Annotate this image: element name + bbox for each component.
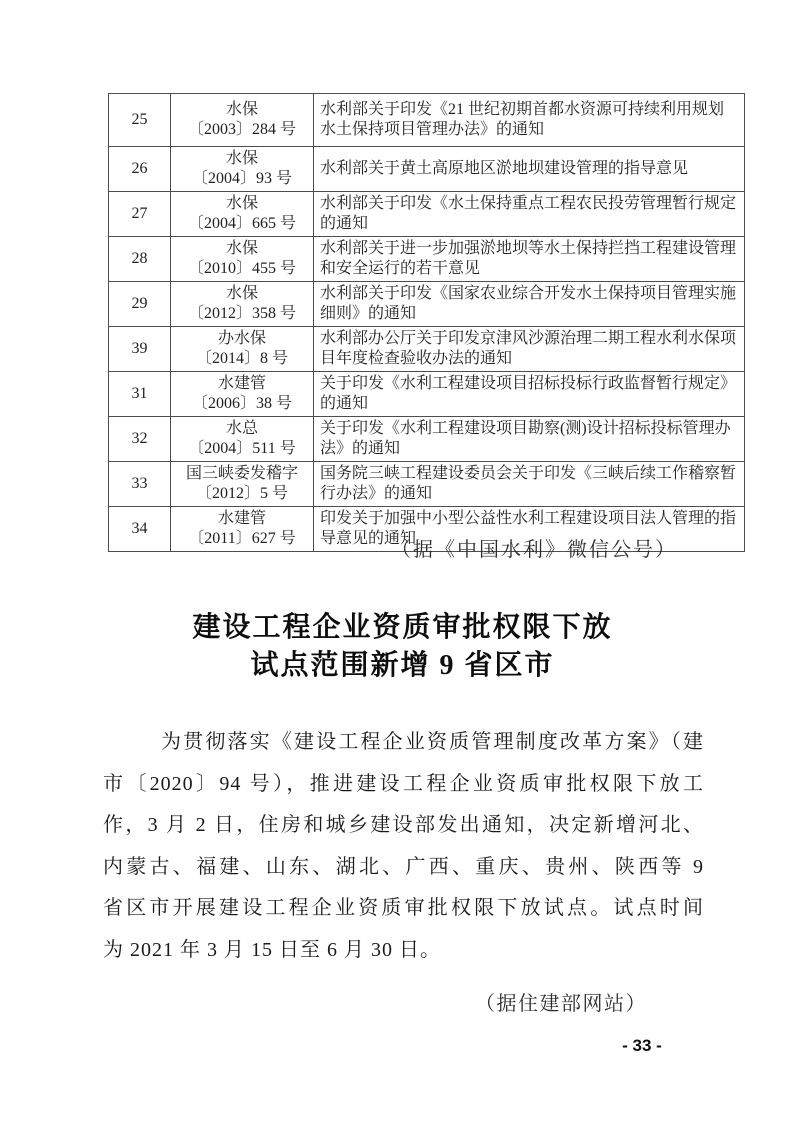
paragraph-line: 省区市开展建设工程企业资质审批权限下放试点。试点时间 [103, 888, 704, 930]
paragraph-line: 为 2021 年 3 月 15 日至 6 月 30 日。 [103, 930, 704, 972]
doc-number: 〔2004〕665 号 [177, 214, 307, 234]
row-seq: 27 [109, 192, 171, 237]
table-row: 27 水保 〔2004〕665 号 水利部关于印发《水土保持重点工程农民投劳管理… [109, 192, 745, 237]
doc-agency: 水保 [177, 194, 307, 214]
row-doc-no: 水保 〔2004〕93 号 [171, 147, 314, 192]
doc-agency: 水总 [177, 419, 307, 439]
row-title: 水利部关于印发《国家农业综合开发水土保持项目管理实施细则》的通知 [314, 282, 745, 327]
doc-agency: 水保 [177, 149, 307, 169]
row-seq: 32 [109, 417, 171, 462]
article-title-line-1: 建设工程企业资质审批权限下放 [100, 609, 705, 647]
row-seq: 39 [109, 327, 171, 372]
doc-agency: 水保 [177, 239, 307, 259]
row-title: 水利部关于黄土高原地区淤地坝建设管理的指导意见 [314, 147, 745, 192]
row-title: 水利部关于进一步加强淤地坝等水土保持拦挡工程建设管理和安全运行的若干意见 [314, 237, 745, 282]
regulations-table-body: 25 水保 〔2003〕284 号 水利部关于印发《21 世纪初期首都水资源可持… [109, 94, 745, 552]
row-seq: 25 [109, 94, 171, 147]
doc-number: 〔2012〕358 号 [177, 304, 307, 324]
paragraph-line: 市〔2020〕94 号），推进建设工程企业资质审批权限下放工 [103, 764, 704, 806]
doc-agency: 水保 [177, 100, 307, 120]
doc-agency: 国三峡委发稽字 [177, 464, 307, 484]
row-seq: 33 [109, 462, 171, 507]
doc-agency: 水保 [177, 284, 307, 304]
table-row: 32 水总 〔2004〕511 号 关于印发《水利工程建设项目勘察(测)设计招标… [109, 417, 745, 462]
row-doc-no: 水建管 〔2006〕38 号 [171, 372, 314, 417]
row-doc-no: 水总 〔2004〕511 号 [171, 417, 314, 462]
doc-number: 〔2006〕38 号 [177, 394, 307, 414]
doc-agency: 水建管 [177, 374, 307, 394]
doc-agency: 水建管 [177, 509, 307, 529]
table-row: 26 水保 〔2004〕93 号 水利部关于黄土高原地区淤地坝建设管理的指导意见 [109, 147, 745, 192]
regulations-table: 25 水保 〔2003〕284 号 水利部关于印发《21 世纪初期首都水资源可持… [108, 93, 745, 552]
table-row: 25 水保 〔2003〕284 号 水利部关于印发《21 世纪初期首都水资源可持… [109, 94, 745, 147]
row-doc-no: 水保 〔2003〕284 号 [171, 94, 314, 147]
doc-agency: 办水保 [177, 329, 307, 349]
table-row: 39 办水保 〔2014〕8 号 水利部办公厅关于印发京津风沙源治理二期工程水利… [109, 327, 745, 372]
table-source-note: （据《中国水利》微信公号） [105, 533, 677, 562]
article-title-line-2: 试点范围新增 9 省区市 [100, 647, 705, 685]
row-seq: 31 [109, 372, 171, 417]
table-row: 28 水保 〔2010〕455 号 水利部关于进一步加强淤地坝等水土保持拦挡工程… [109, 237, 745, 282]
paragraph-line: 为贯彻落实《建设工程企业资质管理制度改革方案》（建 [103, 722, 704, 764]
row-title: 国务院三峡工程建设委员会关于印发《三峡后续工作稽察暂行办法》的通知 [314, 462, 745, 507]
paragraph-line: 作，3 月 2 日，住房和城乡建设部发出通知，决定新增河北、 [103, 805, 704, 847]
doc-number: 〔2003〕284 号 [177, 120, 307, 140]
row-title: 关于印发《水利工程建设项目招标投标行政监督暂行规定》的通知 [314, 372, 745, 417]
doc-number: 〔2012〕5 号 [177, 484, 307, 504]
row-seq: 28 [109, 237, 171, 282]
row-title: 水利部办公厅关于印发京津风沙源治理二期工程水利水保项目年度检查验收办法的通知 [314, 327, 745, 372]
row-title: 水利部关于印发《水土保持重点工程农民投劳管理暂行规定的通知 [314, 192, 745, 237]
doc-number: 〔2010〕455 号 [177, 259, 307, 279]
doc-number: 〔2014〕8 号 [177, 349, 307, 369]
row-doc-no: 水保 〔2004〕665 号 [171, 192, 314, 237]
table-row: 33 国三峡委发稽字 〔2012〕5 号 国务院三峡工程建设委员会关于印发《三峡… [109, 462, 745, 507]
document-page: 25 水保 〔2003〕284 号 水利部关于印发《21 世纪初期首都水资源可持… [0, 0, 800, 1131]
row-doc-no: 水保 〔2010〕455 号 [171, 237, 314, 282]
row-title: 关于印发《水利工程建设项目勘察(测)设计招标投标管理办法》的通知 [314, 417, 745, 462]
article-body: 为贯彻落实《建设工程企业资质管理制度改革方案》（建 市〔2020〕94 号），推… [103, 722, 704, 972]
doc-number: 〔2004〕93 号 [177, 169, 307, 189]
table-row: 29 水保 〔2012〕358 号 水利部关于印发《国家农业综合开发水土保持项目… [109, 282, 745, 327]
row-doc-no: 办水保 〔2014〕8 号 [171, 327, 314, 372]
row-seq: 29 [109, 282, 171, 327]
article-title: 建设工程企业资质审批权限下放 试点范围新增 9 省区市 [100, 609, 705, 685]
page-number: - 33 - [592, 1036, 692, 1056]
row-doc-no: 国三峡委发稽字 〔2012〕5 号 [171, 462, 314, 507]
table-row: 31 水建管 〔2006〕38 号 关于印发《水利工程建设项目招标投标行政监督暂… [109, 372, 745, 417]
row-title: 水利部关于印发《21 世纪初期首都水资源可持续利用规划水土保持项目管理办法》的通… [314, 94, 745, 147]
paragraph-line: 内蒙古、福建、山东、湖北、广西、重庆、贵州、陕西等 9 [103, 847, 704, 889]
doc-number: 〔2004〕511 号 [177, 439, 307, 459]
row-doc-no: 水保 〔2012〕358 号 [171, 282, 314, 327]
article-source-note: （据住建部网站） [105, 987, 647, 1016]
row-seq: 26 [109, 147, 171, 192]
